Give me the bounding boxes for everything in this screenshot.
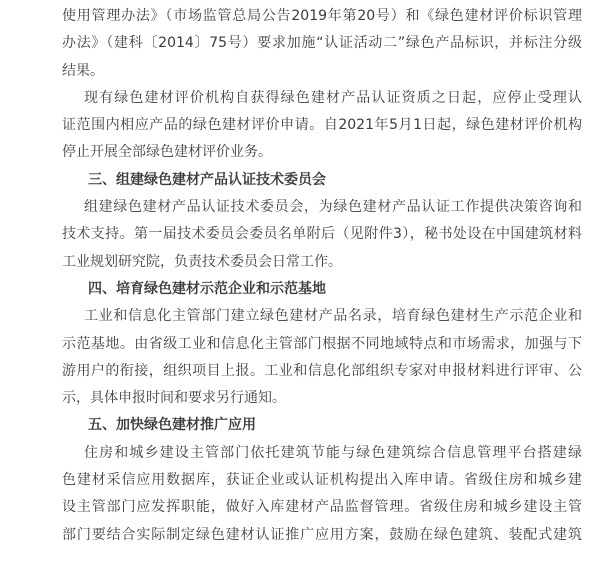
text-line: 技术支持。第一届技术委员会委员名单附后（见附件3），秘书处设在中国建筑材料 — [62, 221, 582, 248]
paragraph-first-line: 现有绿色建材评价机构自获得绿色建材产品认证资质之日起，应停止受理认 — [62, 85, 582, 112]
text-line: 证范围内相应产品的绿色建材评价申请。自2021年5月1日起，绿色建材评价机构 — [62, 112, 582, 139]
section-heading-3: 三、组建绿色建材产品认证技术委员会 — [62, 167, 582, 194]
text-line: 设主管部门应发挥职能，做好入库建材产品监督管理。省级住房和城乡建设主管 — [62, 494, 582, 521]
text-line: 游用户的衔接，组织项目上报。工业和信息化部组织专家对申报材料进行评审、公 — [62, 358, 582, 385]
paragraph-end-line: 示，具体申报时间和要求另行通知。 — [62, 385, 582, 412]
paragraph-first-line: 组建绿色建材产品认证技术委员会，为绿色建材产品认证工作提供决策咨询和 — [62, 194, 582, 221]
section-heading-4: 四、培育绿色建材示范企业和示范基地 — [62, 276, 582, 303]
text-line: 示范基地。由省级工业和信息化主管部门根据不同地域特点和市场需求，加强与下 — [62, 331, 582, 358]
text-line: 办法》（建科〔2014〕75号）要求加施“认证活动二”绿色产品标识，并标注分级 — [62, 30, 582, 57]
section-heading-5: 五、加快绿色建材推广应用 — [62, 412, 582, 439]
text-line: 使用管理办法》（市场监管总局公告2019年第20号）和《绿色建材评价标识管理 — [62, 3, 582, 30]
paragraph-first-line: 住房和城乡建设主管部门依托建筑节能与绿色建筑综合信息管理平台搭建绿 — [62, 440, 582, 467]
paragraph-end-line: 结果。 — [62, 58, 582, 85]
paragraph-end-line: 工业规划研究院，负责技术委员会日常工作。 — [62, 249, 582, 276]
text-line: 部门要结合实际制定绿色建材认证推广应用方案，鼓励在绿色建筑、装配式建筑 — [62, 522, 582, 549]
document-page: 使用管理办法》（市场监管总局公告2019年第20号）和《绿色建材评价标识管理 办… — [0, 0, 600, 562]
paragraph-first-line: 工业和信息化主管部门建立绿色建材产品名录，培育绿色建材生产示范企业和 — [62, 303, 582, 330]
text-line: 色建材采信应用数据库，获证企业或认证机构提出入库申请。省级住房和城乡建 — [62, 467, 582, 494]
paragraph-end-line: 停止开展全部绿色建材评价业务。 — [62, 139, 582, 166]
